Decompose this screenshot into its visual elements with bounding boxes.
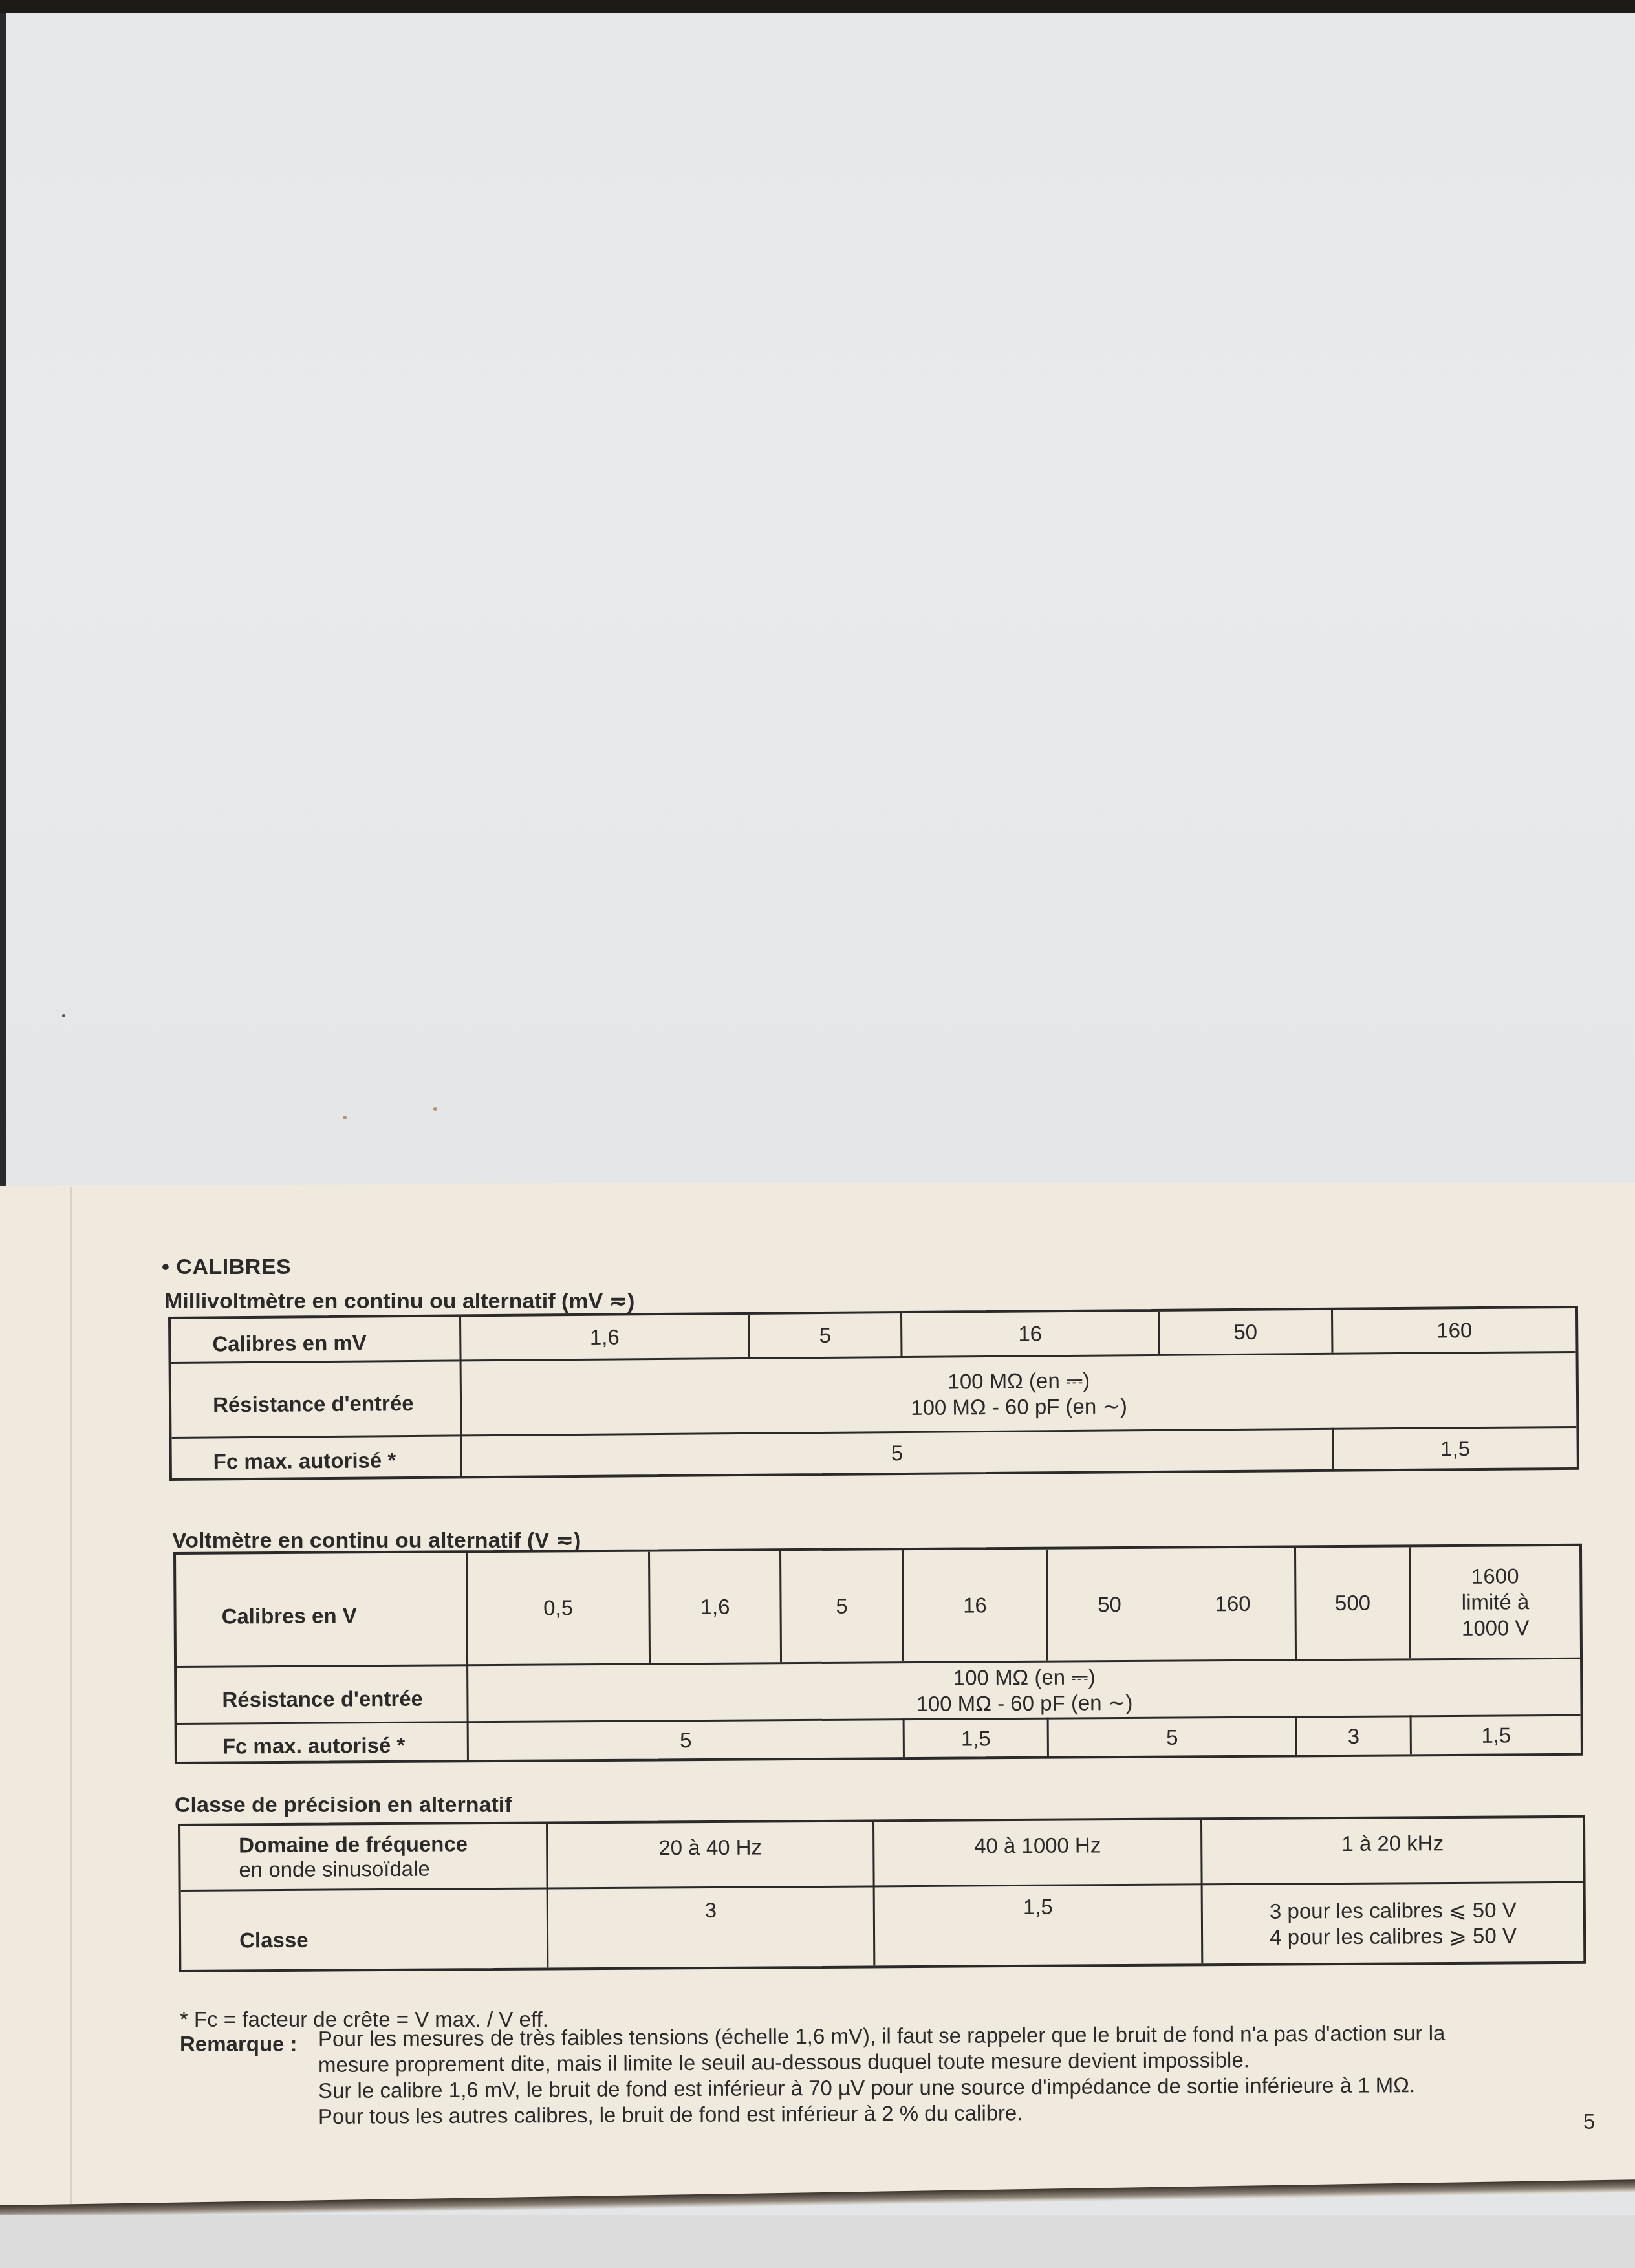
resistance-dc: 100 MΩ (en ⎓) (953, 1664, 1096, 1690)
fc-value: 1,5 (1412, 1716, 1581, 1755)
calibre-value: 5 (750, 1313, 901, 1357)
fc-value: 5 (462, 1430, 1332, 1476)
classe-range-low: 3 pour les calibres ⩽ 50 V (1270, 1897, 1517, 1924)
calibre-value: 1,6 (461, 1315, 748, 1359)
dust-speck (433, 1107, 437, 1111)
calibre-value: 160 (1333, 1308, 1576, 1353)
calibre-value: 1,6 (650, 1551, 780, 1663)
calibre-value: 500 (1296, 1547, 1409, 1659)
calibre-value: 50 (1160, 1310, 1332, 1354)
resistance-ac: 100 MΩ - 60 pF (en ∼) (911, 1393, 1127, 1421)
resistance-dc: 100 MΩ (en ⎓) (947, 1367, 1090, 1394)
dust-speck (343, 1116, 347, 1119)
row-label-calibres: Calibres en V (176, 1553, 466, 1666)
precision-table: Domaine de fréquence en onde sinusoïdale… (178, 1815, 1586, 1972)
frequence-value: 20 à 40 Hz (548, 1822, 873, 1887)
bullet: • (162, 1255, 169, 1279)
classe-range-high: 4 pour les calibres ⩾ 50 V (1270, 1923, 1517, 1950)
classe-value: 3 (548, 1887, 874, 1967)
frequence-value: 1 à 20 kHz (1202, 1818, 1583, 1884)
scanner-bottom-background (0, 2215, 1635, 2268)
row-label-classe: Classe (181, 1890, 547, 1970)
row-label-calibres: Calibres en mV (171, 1317, 460, 1362)
remarque-label: Remarque : (180, 2031, 298, 2057)
fc-value: 1,5 (905, 1720, 1047, 1757)
row-label-frequence: Domaine de fréquence en onde sinusoïdale (180, 1824, 547, 1890)
scanner-top-edge (0, 0, 1635, 13)
fc-value: 5 (1049, 1718, 1295, 1756)
page-number: 5 (1583, 2110, 1595, 2134)
resistance-ac: 100 MΩ - 60 pF (en ∼) (916, 1689, 1132, 1716)
section-title-text: CALIBRES (176, 1255, 291, 1279)
millivoltmetre-heading: Millivoltmètre en continu ou alternatif … (164, 1288, 634, 1314)
calibre-value: 16 (902, 1312, 1158, 1356)
fc-value: 3 (1297, 1717, 1410, 1755)
calibre-value: 1600 limité à 1000 V (1411, 1546, 1580, 1659)
classe-value: 1,5 (875, 1885, 1202, 1965)
fc-value: 5 (469, 1720, 903, 1760)
row-label-resistance: Résistance d'entrée (171, 1361, 460, 1436)
precision-heading: Classe de précision en alternatif (175, 1793, 512, 1818)
scanner-left-edge (0, 13, 6, 1196)
resistance-value: 100 MΩ (en ⎓) 100 MΩ - 60 pF (en ∼) (462, 1353, 1577, 1435)
dust-speck (62, 1014, 65, 1017)
remarque-line: Pour tous les autres calibres, le bruit … (318, 2099, 1023, 2130)
voltmetre-table: Calibres en V 0,5 1,6 5 16 50 160 500 16… (173, 1544, 1583, 1764)
fc-value: 1,5 (1334, 1428, 1576, 1469)
page-fold-line (70, 1187, 72, 2212)
row-label-frequence-line2: en onde sinusoïdale (239, 1857, 430, 1883)
calibre-value: 0,5 (468, 1552, 649, 1665)
row-label-resistance: Résistance d'entrée (177, 1666, 467, 1723)
frequence-value: 40 à 1000 Hz (874, 1820, 1201, 1885)
calibre-value: 160 (1171, 1548, 1295, 1659)
calibre-value: 16 (904, 1550, 1046, 1661)
section-title: • CALIBRES (162, 1255, 291, 1280)
calibre-value: 50 (1048, 1549, 1171, 1661)
classe-value-range: 3 pour les calibres ⩽ 50 V 4 pour les ca… (1203, 1883, 1584, 1964)
scanner-background (0, 13, 1635, 1190)
calibre-value: 5 (781, 1550, 902, 1662)
row-label-fc: Fc max. autorisé * (177, 1723, 467, 1762)
resistance-value: 100 MΩ (en ⎓) 100 MΩ - 60 pF (en ∼) (468, 1659, 1580, 1721)
row-label-frequence-line1: Domaine de fréquence (239, 1831, 468, 1857)
row-label-fc: Fc max. autorisé * (171, 1436, 460, 1478)
millivoltmetre-table: Calibres en mV 1,6 5 16 50 160 Résistanc… (168, 1306, 1579, 1481)
